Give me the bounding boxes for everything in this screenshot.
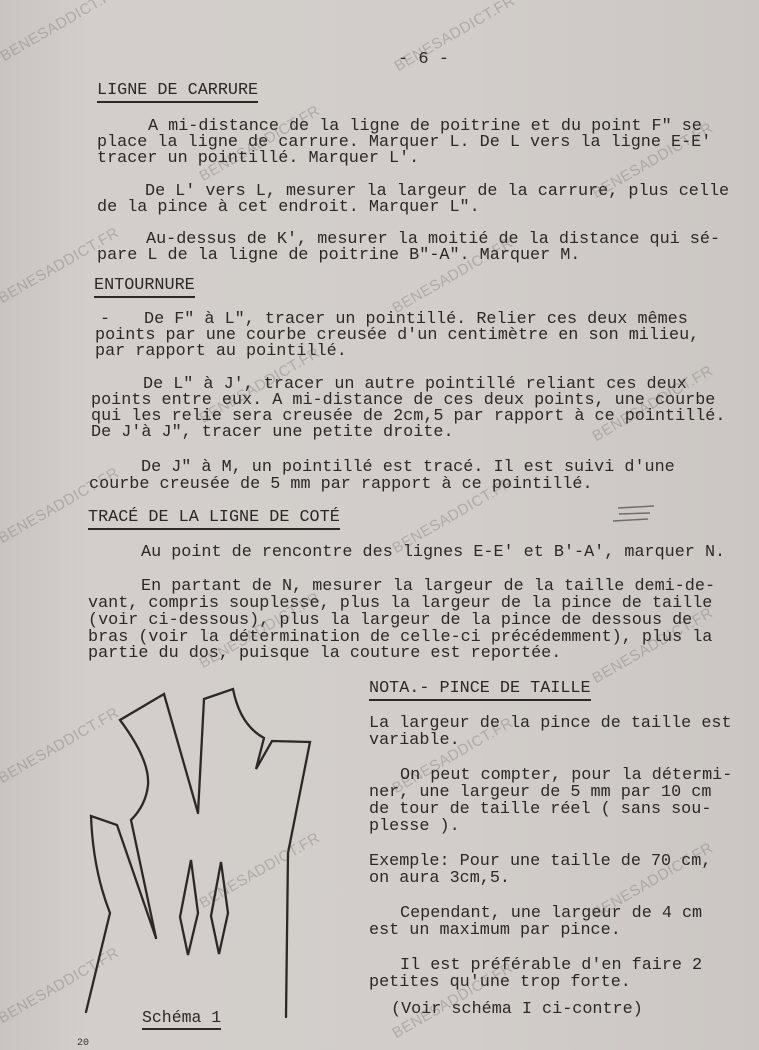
footer-mark: 20 (77, 1038, 89, 1049)
figure-caption: Schéma 1 (142, 1008, 221, 1030)
bodice-pattern-diagram (0, 0, 759, 1050)
side-piece-outline (86, 816, 156, 1012)
bodice-outline (120, 689, 310, 1017)
waist-dart-2 (211, 862, 228, 954)
waist-dart-1 (180, 860, 198, 955)
